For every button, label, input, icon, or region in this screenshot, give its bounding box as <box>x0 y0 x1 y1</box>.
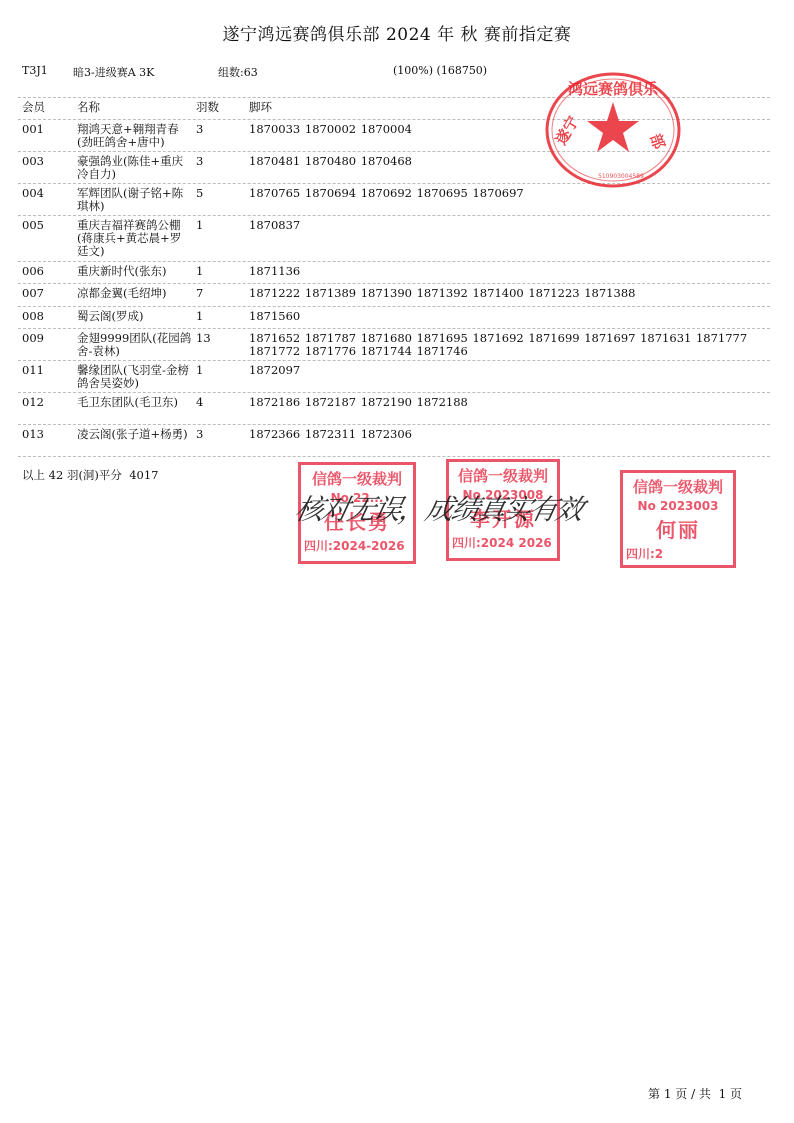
team-name: 蜀云阁(罗成) <box>77 310 192 323</box>
team-name: 金翅9999团队(花园鸽舍-袁林) <box>77 332 192 358</box>
document-title: 遂宁鸿远赛鸽俱乐部 2024 年 秋 赛前指定赛 <box>0 20 794 45</box>
svg-text:鸿远赛鸽俱乐: 鸿远赛鸽俱乐 <box>568 80 659 98</box>
bird-count: 1 <box>196 310 203 323</box>
member-id: 009 <box>22 332 44 345</box>
bird-count: 1 <box>196 219 203 232</box>
team-name: 馨缘团队(飞羽堂-金榜鸽舍吴姿妙) <box>77 364 192 390</box>
column-header: 名称 <box>77 101 192 114</box>
team-name: 翔鸿天意+翱翔青春(劲旺鸽舍+唐中) <box>77 123 192 149</box>
row-divider <box>18 424 770 425</box>
ring-numbers: 1872366 1872311 1872306 <box>249 428 749 441</box>
ring-numbers: 1871560 <box>249 310 749 323</box>
svg-text:遂宁: 遂宁 <box>552 113 583 148</box>
bird-count: 7 <box>196 287 203 300</box>
team-name: 重庆新时代(张东) <box>77 265 192 278</box>
member-id: 003 <box>22 155 44 168</box>
row-divider <box>18 360 770 361</box>
team-name: 凌云阁(张子道+杨勇) <box>77 428 192 441</box>
team-name: 凉都金翼(毛绍坤) <box>77 287 192 300</box>
race-code: T3J1 <box>22 64 48 77</box>
team-name: 重庆吉福祥赛鸽公棚(蒋康兵+黄芯晨+罗廷文) <box>77 219 192 258</box>
row-divider <box>18 283 770 284</box>
ring-numbers: 1870837 <box>249 219 749 232</box>
row-divider <box>18 306 770 307</box>
bird-count: 3 <box>196 428 203 441</box>
row-divider <box>18 328 770 329</box>
bird-count: 5 <box>196 187 203 200</box>
bird-count: 3 <box>196 155 203 168</box>
bird-count: 1 <box>196 364 203 377</box>
column-header: 羽数 <box>196 101 219 114</box>
bird-count: 4 <box>196 396 203 409</box>
member-id: 005 <box>22 219 44 232</box>
ring-numbers: 1872186 1872187 1872190 1872188 <box>249 396 749 409</box>
bird-count: 1 <box>196 265 203 278</box>
bird-count: 13 <box>196 332 211 345</box>
bird-count: 3 <box>196 123 203 136</box>
ring-numbers: 1871652 1871787 1871680 1871695 1871692 … <box>249 332 749 358</box>
handwritten-signature: 核对无误，成绩真实有效 <box>292 488 587 528</box>
member-id: 007 <box>22 287 44 300</box>
member-id: 012 <box>22 396 44 409</box>
star-icon <box>587 102 639 152</box>
ring-numbers: 1872097 <box>249 364 749 377</box>
team-name: 军辉团队(谢子铭+陈琪林) <box>77 187 192 213</box>
page-indicator: 第 1 页 / 共 1 页 <box>648 1085 742 1102</box>
member-id: 004 <box>22 187 44 200</box>
column-header: 会员 <box>22 101 45 114</box>
member-id: 011 <box>22 364 44 377</box>
row-divider <box>18 456 770 457</box>
ring-numbers: 1871136 <box>249 265 749 278</box>
row-divider <box>18 261 770 262</box>
row-divider <box>18 215 770 216</box>
member-id: 008 <box>22 310 44 323</box>
member-id: 013 <box>22 428 44 441</box>
referee-stamp-3: 信鸽一级裁判 No 2023003 何丽 四川:2 <box>620 470 736 568</box>
member-id: 006 <box>22 265 44 278</box>
svg-text:510903004589: 510903004589 <box>598 173 644 180</box>
group-count: 组数:63 <box>218 64 258 80</box>
row-divider <box>18 392 770 393</box>
ratio: (100%) (168750) <box>393 64 487 77</box>
club-seal-stamp: 鸿远赛鸽俱乐 遂宁 部 510903004589 <box>538 66 684 190</box>
member-id: 001 <box>22 123 44 136</box>
summary: 以上 42 羽(洞)平分 4017 <box>22 467 159 483</box>
ring-numbers: 1871222 1871389 1871390 1871392 1871400 … <box>249 287 749 300</box>
team-name: 毛卫东团队(毛卫东) <box>77 396 192 409</box>
race-name: 暗3-进级赛A 3K <box>73 64 154 80</box>
team-name: 豪强鸽业(陈佳+重庆冷自力) <box>77 155 192 181</box>
svg-text:部: 部 <box>646 131 668 151</box>
